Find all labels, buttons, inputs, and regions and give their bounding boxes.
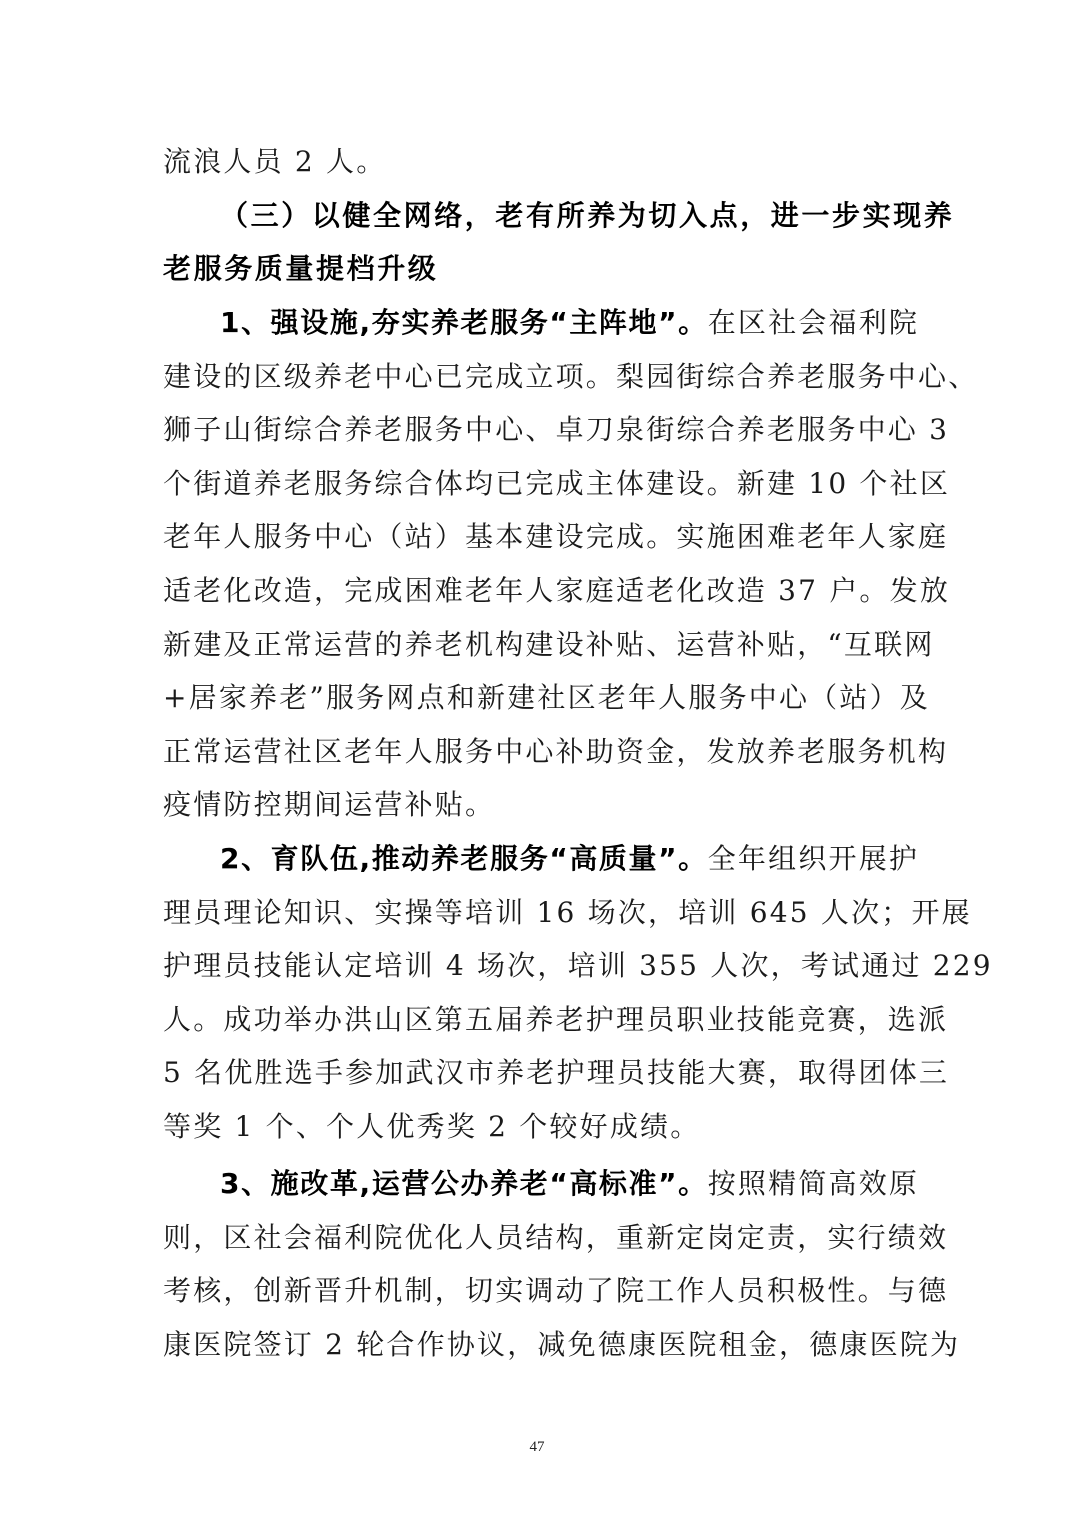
subsection-3-heading: 3、施改革,运营公办养老“高标准”。 [220, 1167, 708, 1200]
subsection-1-first-line: 1、强设施,夯实养老服务“主阵地”。在区社会福利院 [220, 303, 980, 343]
document-page: 流浪人员 2 人。 （三）以健全网络，老有所养为切入点，进一步实现养 老服务质量… [0, 0, 1074, 1520]
subsection-1-line: 疫情防控期间运营补贴。 [163, 785, 923, 825]
subsection-2-line: 等奖 1 个、个人优秀奖 2 个较好成绩。 [163, 1107, 923, 1147]
subsection-1-line: 新建及正常运营的养老机构建设补贴、运营补贴，“互联网 [163, 625, 923, 665]
section-heading-line-2: 老服务质量提档升级 [163, 249, 923, 289]
subsection-3-line: 考核，创新晋升机制，切实调动了院工作人员积极性。与德 [163, 1271, 923, 1311]
subsection-1-line: 狮子山街综合养老服务中心、卓刀泉街综合养老服务中心 3 [163, 410, 923, 450]
subsection-2-line: 理员理论知识、实操等培训 16 场次，培训 645 人次；开展 [163, 893, 923, 933]
subsection-2-line: 5 名优胜选手参加武汉市养老护理员技能大赛，取得团体三 [163, 1053, 923, 1093]
subsection-1-line: 个街道养老服务综合体均已完成主体建设。新建 10 个社区 [163, 464, 923, 504]
subsection-2-line: 人。成功举办洪山区第五届养老护理员职业技能竞赛，选派 [163, 1000, 923, 1040]
subsection-1-lead-text: 在区社会福利院 [708, 306, 919, 339]
subsection-3-lead-text: 按照精简高效原 [708, 1167, 919, 1200]
subsection-2-lead-text: 全年组织开展护 [708, 842, 919, 875]
subsection-1-line: 老年人服务中心（站）基本建设完成。实施困难老年人家庭 [163, 517, 923, 557]
page-number: 47 [0, 1437, 1074, 1457]
subsection-2-heading: 2、育队伍,推动养老服务“高质量”。 [220, 842, 708, 875]
paragraph-continuation-line: 流浪人员 2 人。 [163, 142, 923, 182]
subsection-1-heading: 1、强设施,夯实养老服务“主阵地”。 [220, 306, 708, 339]
subsection-1-line: 正常运营社区老年人服务中心补助资金，发放养老服务机构 [163, 732, 923, 772]
subsection-1-line: 建设的区级养老中心已完成立项。梨园街综合养老服务中心、 [163, 357, 923, 397]
subsection-3-line: 则，区社会福利院优化人员结构，重新定岗定责，实行绩效 [163, 1218, 923, 1258]
subsection-3-first-line: 3、施改革,运营公办养老“高标准”。按照精简高效原 [220, 1164, 980, 1204]
subsection-2-line: 护理员技能认定培训 4 场次，培训 355 人次，考试通过 229 [163, 946, 923, 986]
subsection-2-first-line: 2、育队伍,推动养老服务“高质量”。全年组织开展护 [220, 839, 980, 879]
subsection-1-line: 适老化改造，完成困难老年人家庭适老化改造 37 户。发放 [163, 571, 923, 611]
subsection-1-line: +居家养老”服务网点和新建社区老年人服务中心（站）及 [163, 678, 923, 718]
section-heading-line-1: （三）以健全网络，老有所养为切入点，进一步实现养 [220, 196, 980, 236]
subsection-3-line: 康医院签订 2 轮合作协议，减免德康医院租金，德康医院为 [163, 1325, 923, 1365]
